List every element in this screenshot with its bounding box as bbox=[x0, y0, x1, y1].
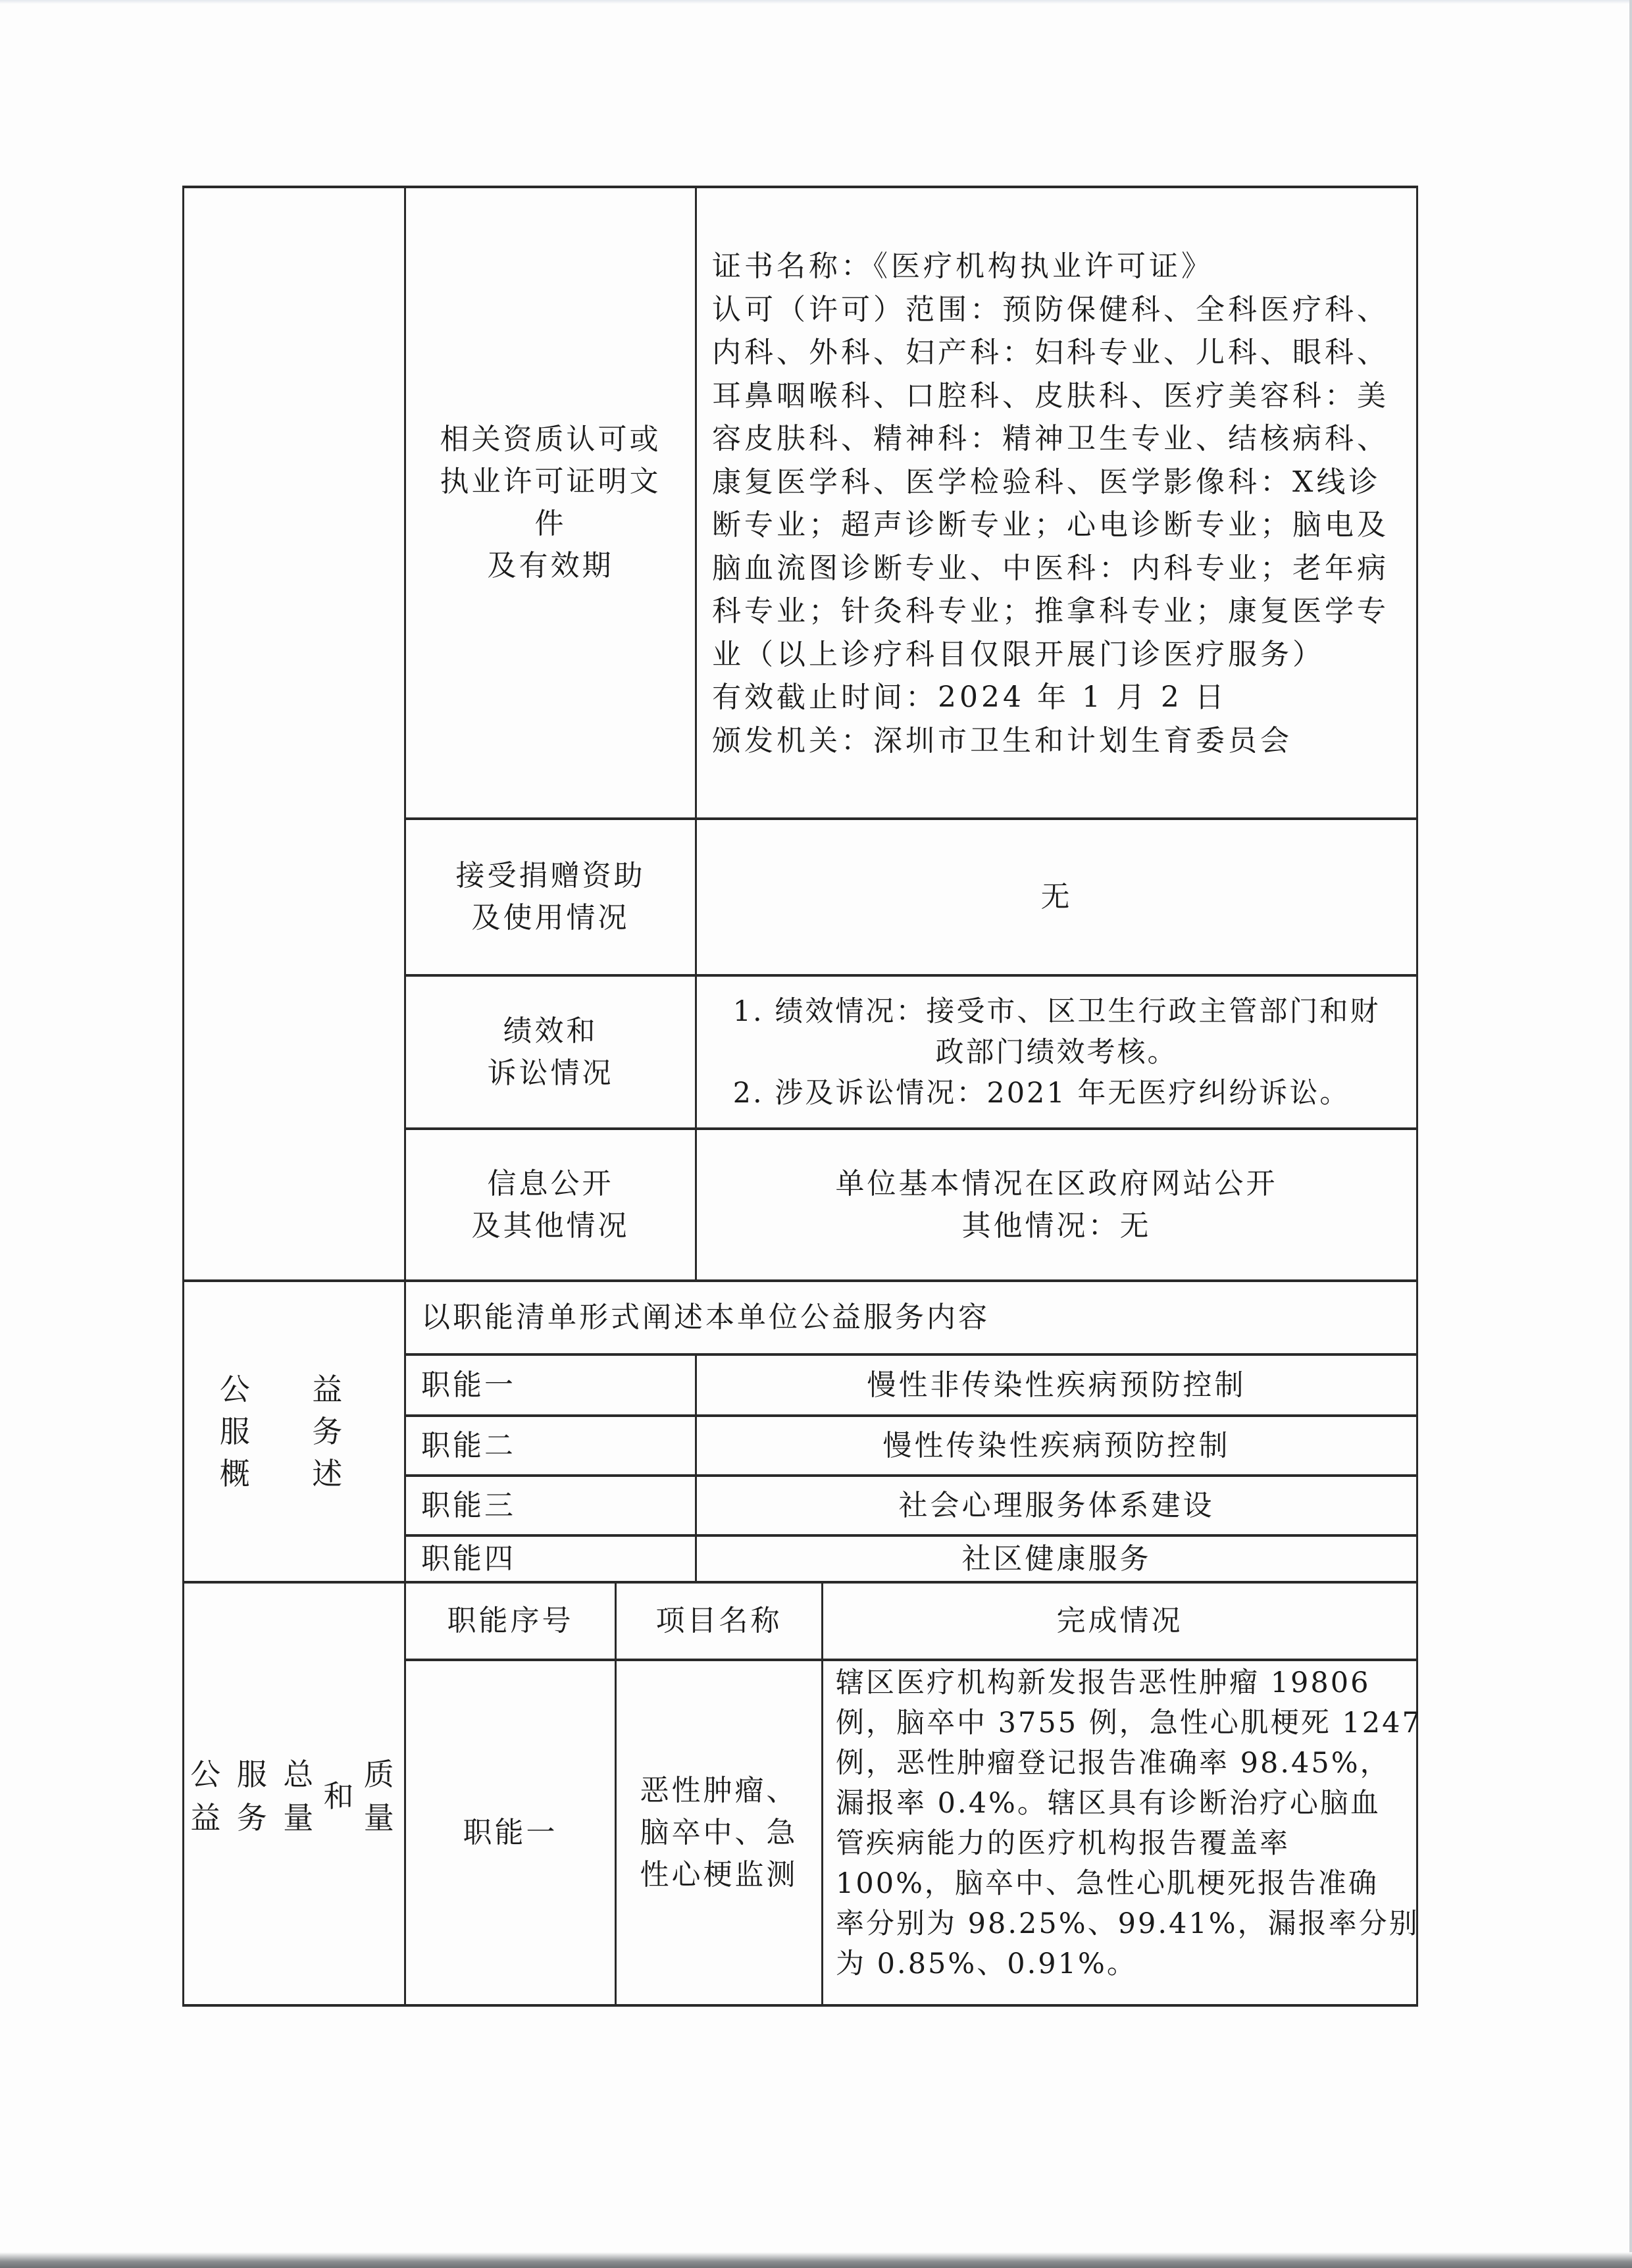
function-row-name: 职能二 bbox=[421, 1417, 691, 1474]
table-row-project-name: 恶性肿瘤、 脑卒中、急 性心梗监测 bbox=[617, 1661, 821, 2004]
function-row-name: 职能三 bbox=[421, 1477, 691, 1534]
scan-artifact-right bbox=[1629, 0, 1632, 2268]
completion-line: 例，恶性肿瘤登记报告准确率 98.45%， bbox=[836, 1743, 1415, 1784]
label-line: 概 述 bbox=[220, 1453, 369, 1495]
function-name: 职能三 bbox=[421, 1485, 516, 1527]
content-line: 康复医学科、医学检验科、医学影像科：X线诊 bbox=[712, 461, 1396, 504]
content-line: 证书名称：《医疗机构执业许可证》 bbox=[712, 245, 1396, 288]
content-line: 其他情况：无 bbox=[836, 1205, 1278, 1247]
function-content: 慢性传染性疾病预防控制 bbox=[883, 1425, 1231, 1467]
label-line: 和 bbox=[324, 1751, 358, 1836]
function-row-name: 职能一 bbox=[421, 1356, 691, 1414]
table-row-completion: 辖区医疗机构新发报告恶性肿瘤 19806 例，脑卒中 3755 例，急性心肌梗死… bbox=[836, 1663, 1415, 1984]
label-line: 公益 bbox=[184, 1751, 231, 1836]
completion-line: 辖区医疗机构新发报告恶性肿瘤 19806 bbox=[836, 1663, 1415, 1703]
label-line: 公 益 bbox=[220, 1368, 369, 1410]
performance-content-cell: 1. 绩效情况：接受市、区卫生行政主管部门和财 政部门绩效考核。 2. 涉及诉讼… bbox=[697, 977, 1416, 1127]
performance-label-cell: 绩效和 诉讼情况 bbox=[406, 977, 695, 1127]
header-text: 完成情况 bbox=[1057, 1600, 1183, 1642]
content-line: 内科、外科、妇产科：妇科专业、儿科、眼科、 bbox=[712, 331, 1396, 374]
public-service-quantity-label: 公益 服务 总量 和 质量 bbox=[184, 1584, 404, 2004]
scan-artifact-bottom bbox=[0, 2252, 1632, 2268]
function-row-name: 职能四 bbox=[421, 1537, 691, 1581]
label-line: 接受捐赠资助 bbox=[456, 855, 646, 897]
function-name: 职能一 bbox=[421, 1364, 516, 1406]
label-line: 及有效期 bbox=[440, 545, 661, 587]
label-line: 总量 bbox=[277, 1751, 324, 1836]
content-line: 单位基本情况在区政府网站公开 bbox=[836, 1163, 1278, 1205]
function-content: 社区健康服务 bbox=[962, 1538, 1152, 1580]
content-line: 业（以上诊疗科目仅限开展门诊医疗服务） bbox=[712, 633, 1396, 677]
s2-col-divider-1 bbox=[404, 1279, 406, 1584]
qualification-content: 证书名称：《医疗机构执业许可证》 认可（许可）范围：预防保健科、全科医疗科、 内… bbox=[712, 245, 1396, 762]
label-line: 及使用情况 bbox=[456, 897, 646, 939]
label-line: 服务 bbox=[231, 1751, 278, 1836]
completion-line: 100%，脑卒中、急性心肌梗死报告准确 bbox=[836, 1864, 1415, 1904]
function-row-content: 社区健康服务 bbox=[697, 1537, 1416, 1581]
function-row-content: 慢性非传染性疾病预防控制 bbox=[697, 1356, 1416, 1414]
table-bottom-border bbox=[182, 2004, 1418, 2007]
content-line: 断专业；超声诊断专业；心电诊断专业；脑电及 bbox=[712, 503, 1396, 547]
completion-line: 率分别为 98.25%、99.41%，漏报率分别 bbox=[836, 1904, 1415, 1944]
label-line: 执业许可证明文 bbox=[440, 461, 661, 503]
donation-label-cell: 接受捐赠资助 及使用情况 bbox=[406, 820, 695, 974]
function-row-content: 慢性传染性疾病预防控制 bbox=[697, 1417, 1416, 1474]
disclosure-content-cell: 单位基本情况在区政府网站公开 其他情况：无 bbox=[697, 1130, 1416, 1279]
project-line: 恶性肿瘤、 bbox=[640, 1770, 798, 1812]
content-line: 容皮肤科、精神科：精神卫生专业、结核病科、 bbox=[712, 417, 1396, 461]
header-text: 职能序号 bbox=[447, 1600, 574, 1642]
content-line: 政部门绩效考核。 bbox=[733, 1032, 1381, 1073]
function-no: 职能一 bbox=[463, 1812, 558, 1854]
public-service-overview-label: 公 益 服 务 概 述 bbox=[184, 1282, 404, 1581]
label-line: 诉讼情况 bbox=[488, 1052, 614, 1095]
header-text: 项目名称 bbox=[656, 1600, 782, 1642]
label-line: 件 bbox=[440, 503, 661, 545]
table-top-border bbox=[182, 186, 1418, 188]
content-line: 无 bbox=[1041, 876, 1073, 918]
content-line: 认可（许可）范围：预防保健科、全科医疗科、 bbox=[712, 288, 1396, 332]
completion-line: 为 0.85%、0.91%。 bbox=[836, 1944, 1415, 1984]
content-line: 脑血流图诊断专业、中医科：内科专业；老年病 bbox=[712, 547, 1396, 590]
content-line: 科专业；针灸科专业；推拿科专业；康复医学专 bbox=[712, 590, 1396, 633]
label-line: 质量 bbox=[358, 1751, 405, 1836]
completion-line: 例，脑卒中 3755 例，急性心肌梗死 1247 bbox=[836, 1703, 1415, 1743]
completion-line: 漏报率 0.4%。辖区具有诊断治疗心脑血 bbox=[836, 1784, 1415, 1824]
table-row-function-no: 职能一 bbox=[406, 1661, 615, 2004]
function-row-content: 社会心理服务体系建设 bbox=[697, 1477, 1416, 1534]
function-content: 慢性非传染性疾病预防控制 bbox=[867, 1364, 1246, 1406]
valid-until-line: 有效截止时间：2024 年 1 月 2 日 bbox=[712, 676, 1396, 719]
function-name: 职能二 bbox=[421, 1425, 516, 1467]
issuer-line: 颁发机关：深圳市卫生和计划生育委员会 bbox=[712, 719, 1396, 763]
label-line: 绩效和 bbox=[488, 1010, 614, 1052]
label-line: 及其他情况 bbox=[472, 1205, 630, 1247]
column-header-function-no: 职能序号 bbox=[406, 1584, 615, 1659]
content-line: 耳鼻咽喉科、口腔科、皮肤科、医疗美容科：美 bbox=[712, 374, 1396, 418]
donation-content-cell: 无 bbox=[697, 820, 1416, 974]
column-header-completion: 完成情况 bbox=[823, 1584, 1416, 1659]
scan-artifact-top bbox=[0, 0, 1632, 4]
label-line: 相关资质认可或 bbox=[440, 419, 661, 461]
document-page: 相关资质认可或 执业许可证明文 件 及有效期 证书名称：《医疗机构执业许可证》 … bbox=[0, 0, 1632, 2268]
intro-text: 以职能清单形式阐述本单位公益服务内容 bbox=[421, 1297, 990, 1339]
function-name: 职能四 bbox=[421, 1538, 516, 1580]
project-line: 性心梗监测 bbox=[640, 1854, 798, 1896]
function-content: 社会心理服务体系建设 bbox=[899, 1485, 1215, 1527]
column-header-project-name: 项目名称 bbox=[617, 1584, 821, 1659]
content-line: 2. 涉及诉讼情况：2021 年无医疗纠纷诉讼。 bbox=[733, 1073, 1381, 1114]
project-line: 脑卒中、急 bbox=[640, 1812, 798, 1854]
completion-line: 管疾病能力的医疗机构报告覆盖率 bbox=[836, 1824, 1415, 1864]
label-line: 信息公开 bbox=[472, 1163, 630, 1205]
label-line: 服 务 bbox=[220, 1410, 369, 1453]
disclosure-label-cell: 信息公开 及其他情况 bbox=[406, 1130, 695, 1279]
qualification-label-cell: 相关资质认可或 执业许可证明文 件 及有效期 bbox=[406, 188, 695, 817]
content-line: 1. 绩效情况：接受市、区卫生行政主管部门和财 bbox=[733, 991, 1381, 1032]
functions-intro: 以职能清单形式阐述本单位公益服务内容 bbox=[421, 1282, 1408, 1353]
